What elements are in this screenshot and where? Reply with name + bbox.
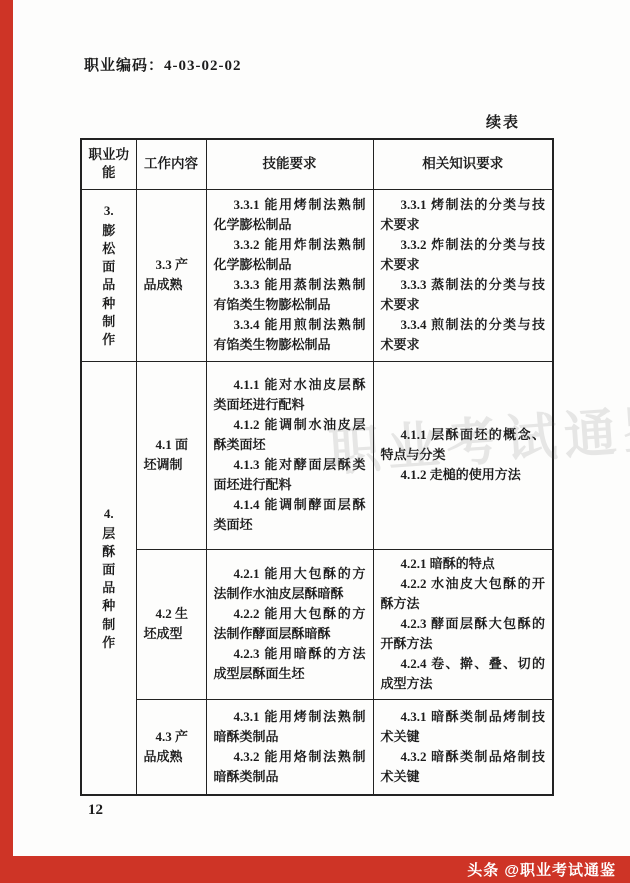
requirement-item: 4.3.2 能用烙制法熟制暗酥类制品 <box>214 747 366 787</box>
skills-cell: 3.3.1 能用烤制法熟制化学膨松制品3.3.2 能用炸制法熟制化学膨松制品3.… <box>206 189 373 361</box>
requirement-item: 4.2.4 卷、擀、叠、切的成型方法 <box>381 654 546 694</box>
header-function: 职业功能 <box>81 139 136 189</box>
function-name-vertical: 膨松面品种制作 <box>101 222 116 349</box>
requirement-item: 4.1.1 能对水油皮层酥类面坯进行配料 <box>214 375 366 415</box>
requirement-item: 4.3.2 暗酥类制品烙制技术关键 <box>381 747 546 787</box>
requirement-item: 3.3.1 烤制法的分类与技术要求 <box>381 195 546 235</box>
requirement-item: 3.3.4 能用煎制法熟制有馅类生物膨松制品 <box>214 315 366 355</box>
work-content-text: 3.3 产品成熟 <box>144 255 199 295</box>
requirement-item: 4.2.1 能用大包酥的方法制作水油皮层酥暗酥 <box>214 564 366 604</box>
work-content-text: 4.1 面坯调制 <box>144 435 199 475</box>
function-cell-4: 4. 层酥面品种制作 <box>81 361 136 795</box>
table-header-row: 职业功能 工作内容 技能要求 相关知识要求 <box>81 139 553 189</box>
occupation-code: 职业编码：4-03-02-02 <box>84 54 242 75</box>
requirement-item: 3.3.2 炸制法的分类与技术要求 <box>381 235 546 275</box>
table-row: 4. 层酥面品种制作 4.1 面坯调制 4.1.1 能对水油皮层酥类面坯进行配料… <box>81 361 553 549</box>
work-content-text: 4.2 生坯成型 <box>144 604 199 644</box>
requirement-item: 4.1.3 能对酵面层酥类面坯进行配料 <box>214 455 366 495</box>
work-content-cell: 4.2 生坯成型 <box>136 549 206 699</box>
function-number: 4. <box>104 504 114 524</box>
requirement-item: 4.1.2 能调制水油皮层酥类面坯 <box>214 415 366 455</box>
left-red-strip <box>0 0 13 883</box>
requirement-item: 4.2.3 酵面层酥大包酥的开酥方法 <box>381 614 546 654</box>
footer-credit-bar: 头条 @职业考试通鉴 <box>0 856 630 883</box>
requirement-item: 4.1.4 能调制酵面层酥类面坯 <box>214 495 366 535</box>
requirement-item: 4.1.1 层酥面坯的概念、特点与分类 <box>381 425 546 465</box>
work-content-text: 4.3 产品成熟 <box>144 727 199 767</box>
continued-table-label: 续表 <box>486 111 520 132</box>
table-row: 4.2 生坯成型 4.2.1 能用大包酥的方法制作水油皮层酥暗酥4.2.2 能用… <box>81 549 553 699</box>
knowledge-cell: 4.1.1 层酥面坯的概念、特点与分类4.1.2 走槌的使用方法 <box>373 361 553 549</box>
skills-cell: 4.2.1 能用大包酥的方法制作水油皮层酥暗酥4.2.2 能用大包酥的方法制作酵… <box>206 549 373 699</box>
vertical-function-label: 3. 膨松面品种制作 <box>82 201 136 349</box>
standards-table: 职业功能 工作内容 技能要求 相关知识要求 3. 膨松面品种制作 3.3 产品成… <box>80 138 554 796</box>
function-name-vertical: 层酥面品种制作 <box>101 525 116 652</box>
header-skill-requirements: 技能要求 <box>206 139 373 189</box>
page-number: 12 <box>88 802 103 819</box>
vertical-function-label: 4. 层酥面品种制作 <box>82 504 136 652</box>
work-content-cell: 3.3 产品成熟 <box>136 189 206 361</box>
requirement-item: 4.2.3 能用暗酥的方法成型层酥面生坯 <box>214 644 366 684</box>
requirement-item: 3.3.4 煎制法的分类与技术要求 <box>381 315 546 355</box>
work-content-cell: 4.1 面坯调制 <box>136 361 206 549</box>
knowledge-cell: 3.3.1 烤制法的分类与技术要求3.3.2 炸制法的分类与技术要求3.3.3 … <box>373 189 553 361</box>
requirement-item: 3.3.3 能用蒸制法熟制有馅类生物膨松制品 <box>214 275 366 315</box>
header-knowledge-requirements: 相关知识要求 <box>373 139 553 189</box>
requirement-item: 4.3.1 能用烤制法熟制暗酥类制品 <box>214 707 366 747</box>
requirement-item: 4.3.1 暗酥类制品烤制技术关键 <box>381 707 546 747</box>
requirement-item: 3.3.1 能用烤制法熟制化学膨松制品 <box>214 195 366 235</box>
requirement-item: 4.2.2 能用大包酥的方法制作酵面层酥暗酥 <box>214 604 366 644</box>
function-number: 3. <box>104 201 114 221</box>
header-work-content: 工作内容 <box>136 139 206 189</box>
skills-cell: 4.1.1 能对水油皮层酥类面坯进行配料4.1.2 能调制水油皮层酥类面坯4.1… <box>206 361 373 549</box>
requirement-item: 4.1.2 走槌的使用方法 <box>381 465 546 485</box>
function-cell-3: 3. 膨松面品种制作 <box>81 189 136 361</box>
knowledge-cell: 4.3.1 暗酥类制品烤制技术关键4.3.2 暗酥类制品烙制技术关键 <box>373 699 553 795</box>
table-row: 4.3 产品成熟 4.3.1 能用烤制法熟制暗酥类制品4.3.2 能用烙制法熟制… <box>81 699 553 795</box>
requirement-item: 4.2.1 暗酥的特点 <box>381 554 546 574</box>
footer-credit-text: 头条 @职业考试通鉴 <box>467 859 616 880</box>
requirement-item: 3.3.3 蒸制法的分类与技术要求 <box>381 275 546 315</box>
skills-cell: 4.3.1 能用烤制法熟制暗酥类制品4.3.2 能用烙制法熟制暗酥类制品 <box>206 699 373 795</box>
requirement-item: 3.3.2 能用炸制法熟制化学膨松制品 <box>214 235 366 275</box>
requirement-item: 4.2.2 水油皮大包酥的开酥方法 <box>381 574 546 614</box>
table-row: 3. 膨松面品种制作 3.3 产品成熟 3.3.1 能用烤制法熟制化学膨松制品3… <box>81 189 553 361</box>
document-page: 职业编码：4-03-02-02 续表 职业考试通鉴 职业功能 工作内容 技能要求… <box>0 0 630 883</box>
work-content-cell: 4.3 产品成熟 <box>136 699 206 795</box>
knowledge-cell: 4.2.1 暗酥的特点4.2.2 水油皮大包酥的开酥方法4.2.3 酵面层酥大包… <box>373 549 553 699</box>
